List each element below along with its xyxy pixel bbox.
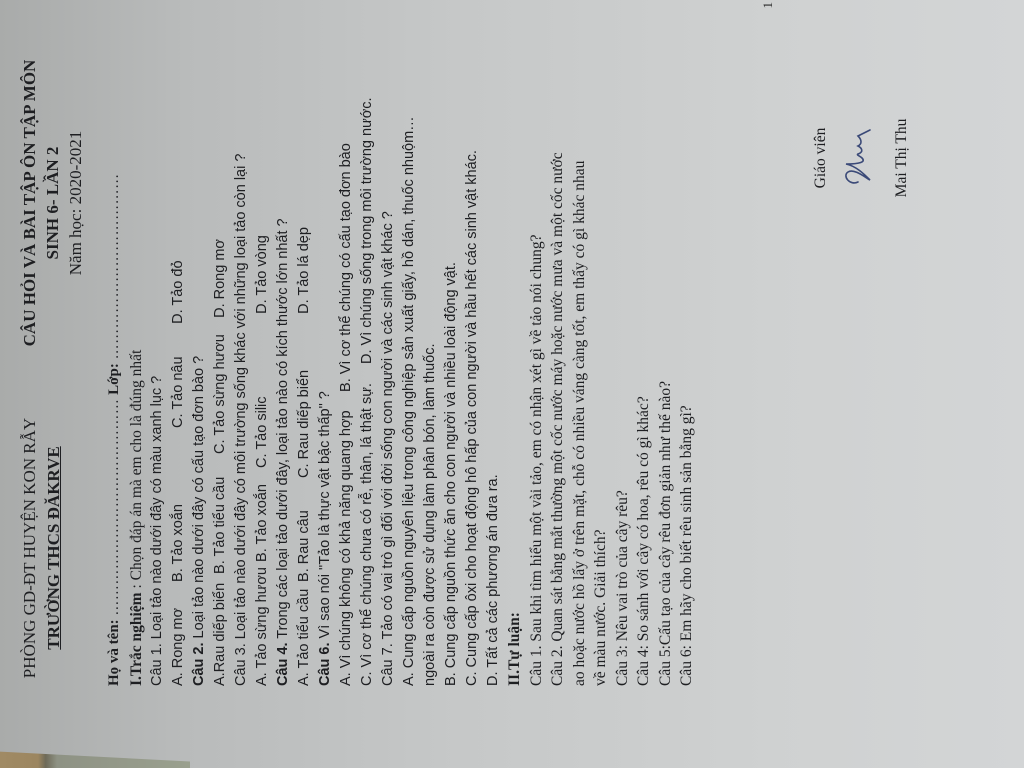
- margin-mark: 1: [760, 2, 776, 9]
- option-a: A. Vì chúng không có khả năng quang hợp: [336, 396, 357, 686]
- option-a: A.Rau diếp biển: [210, 578, 231, 686]
- question-1: Câu 1. Loại tảo nào dưới đây có màu xanh…: [147, 26, 168, 686]
- question-text: Trong các loại tảo dưới đây, loại tảo nà…: [275, 218, 291, 642]
- question-label: Câu 7.: [380, 643, 396, 686]
- essay-question-2-cont: ao hoặc nước hồ lấy ở trên mặt, chỗ có n…: [569, 26, 591, 686]
- school-name: TRƯỜNG THCS ĐĂKRVE: [42, 398, 66, 698]
- class-label: Lớp:: [106, 363, 122, 395]
- essay-question-4: Câu 4: So sánh với cây có hoa, rêu có gì…: [633, 26, 655, 686]
- question-1-options: A. Rong mơ B. Tảo xoắn C. Tảo nâu D. Tảo…: [168, 26, 189, 686]
- question-2: Câu 2. Loại tảo nào dưới đây có cấu tạo …: [189, 26, 210, 686]
- essay-question-5: Câu 5:Cấu tạo của cây rêu đơn giản như t…: [655, 26, 677, 686]
- essay-question-1: Câu 1. Sau khi tìm hiểu một vài tảo, em …: [526, 26, 548, 686]
- header-left: PHÒNG GD-ĐT HUYỆN KON RẪY TRƯỜNG THCS ĐĂ…: [18, 398, 66, 698]
- option-c: C. Tảo sừng hươu: [210, 322, 231, 454]
- question-3-options: A. Tảo sừng hươu B. Tảo xoắn C. Tảo sili…: [252, 26, 273, 686]
- question-7: Câu 7. Tảo có vai trò gì đối với đời sốn…: [378, 26, 399, 686]
- exam-page: PHÒNG GD-ĐT HUYỆN KON RẪY TRƯỜNG THCS ĐĂ…: [0, 0, 1024, 768]
- question-label: Câu 1.: [149, 643, 165, 686]
- subject-title: SINH 6- LẦN 2: [41, 38, 64, 368]
- student-info-line: Họ và tên: …………………………………… Lớp: …………………………: [106, 173, 123, 686]
- header-right: CÂU HỎI VÀ BÀI TẬP ÔN TẬP MÔN SINH 6- LẦ…: [18, 38, 87, 368]
- option-a: A. Cung cấp nguồn nguyên liệu trong công…: [399, 26, 420, 686]
- option-c: C. Cung cấp ôxi cho hoạt động hô hấp của…: [462, 26, 483, 686]
- option-d: D. Tảo đỏ: [168, 260, 189, 323]
- essay-question-2: Câu 2. Quan sát bằng mắt thường một cốc …: [547, 26, 569, 686]
- question-4: Câu 4. Trong các loại tảo dưới đây, loại…: [273, 26, 294, 686]
- photo-background: PHÒNG GD-ĐT HUYỆN KON RẪY TRƯỜNG THCS ĐĂ…: [0, 0, 1024, 768]
- question-text: Tảo có vai trò gì đối với đời sống con n…: [380, 211, 396, 643]
- question-text: Loại tảo nào dưới đây có màu xanh lục ?: [149, 376, 165, 644]
- question-label: Câu 6.: [317, 642, 333, 686]
- part1-instruction: : Chọn đáp án mà em cho là đúng nhất: [128, 350, 145, 593]
- question-6-options-ab: A. Vì chúng không có khả năng quang hợp …: [336, 26, 357, 686]
- option-d: D. Tảo vòng: [252, 235, 273, 314]
- essay-question-2-cont: về màu nước. Giải thích?: [590, 26, 612, 686]
- question-6-options-cd: C. Vì cơ thể chúng chưa có rễ, thân, lá …: [357, 26, 378, 686]
- option-d: D. Rong mơ: [210, 239, 231, 318]
- question-label: Câu 3.: [233, 643, 249, 686]
- name-field: ……………………………………: [106, 399, 122, 616]
- part1-heading-line: I.Trắc nghiệm : Chọn đáp án mà em cho là…: [126, 26, 147, 686]
- option-b: B. Tảo xoắn: [252, 472, 273, 562]
- signer-role: Giáo viên: [810, 78, 832, 238]
- part2-heading: II.Tự luận:: [504, 26, 526, 686]
- question-label: Câu 4.: [275, 642, 291, 686]
- option-d: D. Tất cả các phương án đưa ra.: [483, 26, 504, 686]
- option-a: A. Tảo tiểu cầu: [294, 586, 315, 686]
- option-c: C. Tảo nâu: [168, 328, 189, 428]
- question-text: Loại tảo nào dưới đây có cấu tạo đơn bào…: [191, 356, 207, 643]
- option-d: D. Tảo lá dẹp: [294, 227, 315, 314]
- option-b: B. Rau câu: [294, 482, 315, 582]
- option-c: C. Vì cơ thể chúng chưa có rễ, thân, lá …: [357, 368, 378, 686]
- option-a: A. Rong mơ: [168, 586, 189, 686]
- question-body: I.Trắc nghiệm : Chọn đáp án mà em cho là…: [126, 26, 698, 686]
- question-text: Loại tảo nào dưới đây có môi trường sống…: [233, 154, 249, 644]
- question-6: Câu 6. Vì sao nói "Tảo là thực vật bậc t…: [315, 26, 336, 686]
- essay-question-3: Câu 3: Nêu vai trò của cây rêu?: [612, 26, 634, 686]
- document-title: CÂU HỎI VÀ BÀI TẬP ÔN TẬP MÔN: [18, 38, 41, 368]
- option-d: D. Vì chúng sống trong môi trường nước.: [357, 97, 378, 364]
- name-label: Họ và tên:: [106, 619, 122, 686]
- signature-block: Giáo viên Mai Thị Thu: [810, 78, 913, 238]
- option-c: C. Rau diếp biển: [294, 318, 315, 478]
- part1-heading: I.Trắc nghiệm: [128, 592, 145, 686]
- option-b: B. Tảo xoắn: [168, 432, 189, 582]
- question-text: Vì sao nói "Tảo là thực vật bậc thấp" ?: [317, 391, 333, 642]
- option-b: B. Tảo tiểu cầu: [210, 458, 231, 574]
- option-a-continued: ngoài ra còn được sử dụng làm phân bón, …: [420, 26, 441, 686]
- question-2-options: A.Rau diếp biển B. Tảo tiểu cầu C. Tảo s…: [210, 26, 231, 686]
- question-3: Câu 3. Loại tảo nào dưới đây có môi trườ…: [231, 26, 252, 686]
- class-field: ………………………………: [106, 173, 122, 359]
- option-c: C. Tảo silic: [252, 318, 273, 468]
- department-name: PHÒNG GD-ĐT HUYỆN KON RẪY: [18, 398, 42, 698]
- option-b: B. Cung cấp nguồn thức ăn cho con người …: [441, 26, 462, 686]
- question-label: Câu 2.: [191, 642, 207, 686]
- signer-name: Mai Thị Thu: [891, 78, 913, 238]
- school-year: Năm học: 2020-2021: [64, 38, 87, 368]
- option-b: B. Vì cơ thể chúng có cấu tạo đơn bào: [336, 143, 357, 392]
- essay-question-6: Câu 6: Em hãy cho biết rêu sinh sản bằng…: [676, 26, 698, 686]
- option-a: A. Tảo sừng hươu: [252, 566, 273, 686]
- handwritten-signature-icon: [836, 128, 876, 188]
- question-4-options: A. Tảo tiểu cầu B. Rau câu C. Rau diếp b…: [294, 26, 315, 686]
